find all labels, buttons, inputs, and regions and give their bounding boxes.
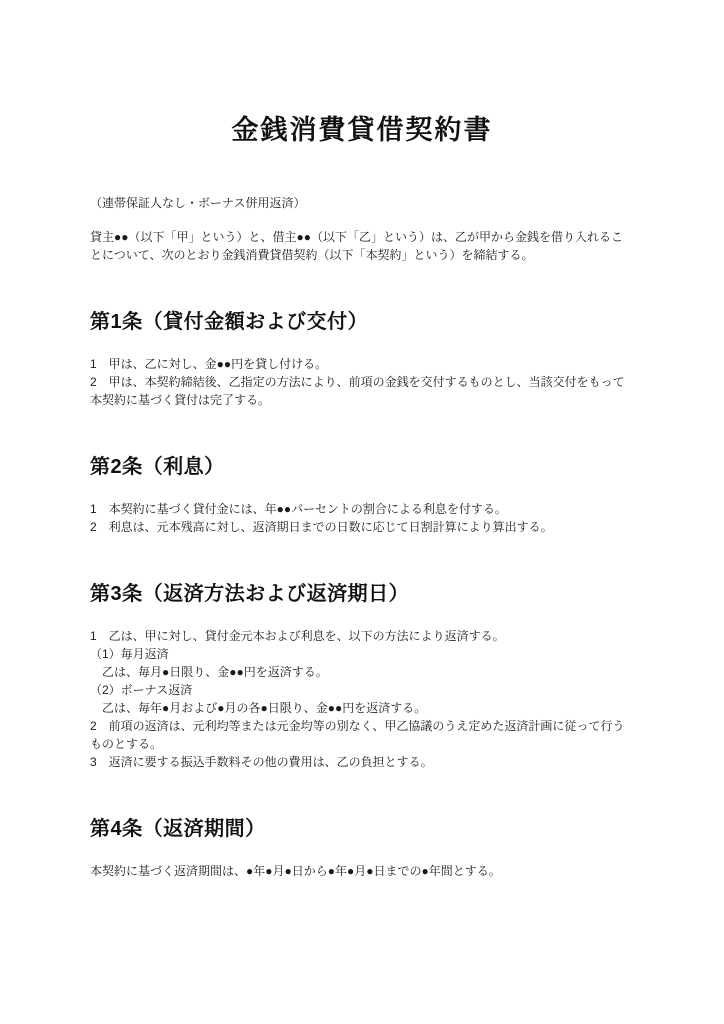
article-2-clause-2: 2 利息は、元本残高に対し、返済期日までの日数に応じて日割計算により算出する。: [90, 518, 634, 536]
article-4-heading: 第4条（返済期間）: [90, 817, 634, 841]
article-3-subitem-1-label: （1）毎月返済: [90, 645, 634, 663]
article-3-heading: 第3条（返済方法および返済期日）: [90, 582, 634, 606]
article-1: 第1条（貸付金額および交付） 1 甲は、乙に対し、金●●円を貸し付ける。 2 甲…: [90, 310, 634, 409]
article-1-clause-2: 2 甲は、本契約締結後、乙指定の方法により、前項の金銭を交付するものとし、当該交…: [90, 373, 634, 409]
article-2-clause-1: 1 本契約に基づく貸付金には、年●●パーセントの割合による利息を付する。: [90, 500, 634, 518]
article-3-clause-2: 2 前項の返済は、元利均等または元金均等の別なく、甲乙協議のうえ定めた返済計画に…: [90, 717, 634, 753]
article-2-heading: 第2条（利息）: [90, 455, 634, 479]
article-3-subitem-2-text: 乙は、毎年●月および●月の各●日限り、金●●円を返済する。: [90, 699, 634, 717]
document-title: 金銭消費貸借契約書: [90, 114, 634, 146]
article-4: 第4条（返済期間） 本契約に基づく返済期間は、●年●月●日から●年●月●日までの…: [90, 817, 634, 880]
article-1-clause-1: 1 甲は、乙に対し、金●●円を貸し付ける。: [90, 355, 634, 373]
article-4-body: 本契約に基づく返済期間は、●年●月●日から●年●月●日までの●年間とする。: [90, 862, 634, 880]
document-subtitle: （連帯保証人なし・ボーナス併用返済）: [90, 194, 634, 212]
article-1-heading: 第1条（貸付金額および交付）: [90, 310, 634, 334]
article-3-subitem-2-label: （2）ボーナス返済: [90, 681, 634, 699]
intro-paragraph: 貸主●●（以下「甲」という）と、借主●●（以下「乙」という）は、乙が甲から金銭を…: [90, 228, 634, 264]
article-3-clause-3: 3 返済に要する振込手数料その他の費用は、乙の負担とする。: [90, 753, 634, 771]
article-3: 第3条（返済方法および返済期日） 1 乙は、甲に対し、貸付金元本および利息を、以…: [90, 582, 634, 771]
contract-document-page: 金銭消費貸借契約書 （連帯保証人なし・ボーナス併用返済） 貸主●●（以下「甲」と…: [0, 0, 724, 1024]
article-2: 第2条（利息） 1 本契約に基づく貸付金には、年●●パーセントの割合による利息を…: [90, 455, 634, 536]
article-3-subitem-1-text: 乙は、毎月●日限り、金●●円を返済する。: [90, 663, 634, 681]
article-3-clause-1: 1 乙は、甲に対し、貸付金元本および利息を、以下の方法により返済する。: [90, 627, 634, 645]
